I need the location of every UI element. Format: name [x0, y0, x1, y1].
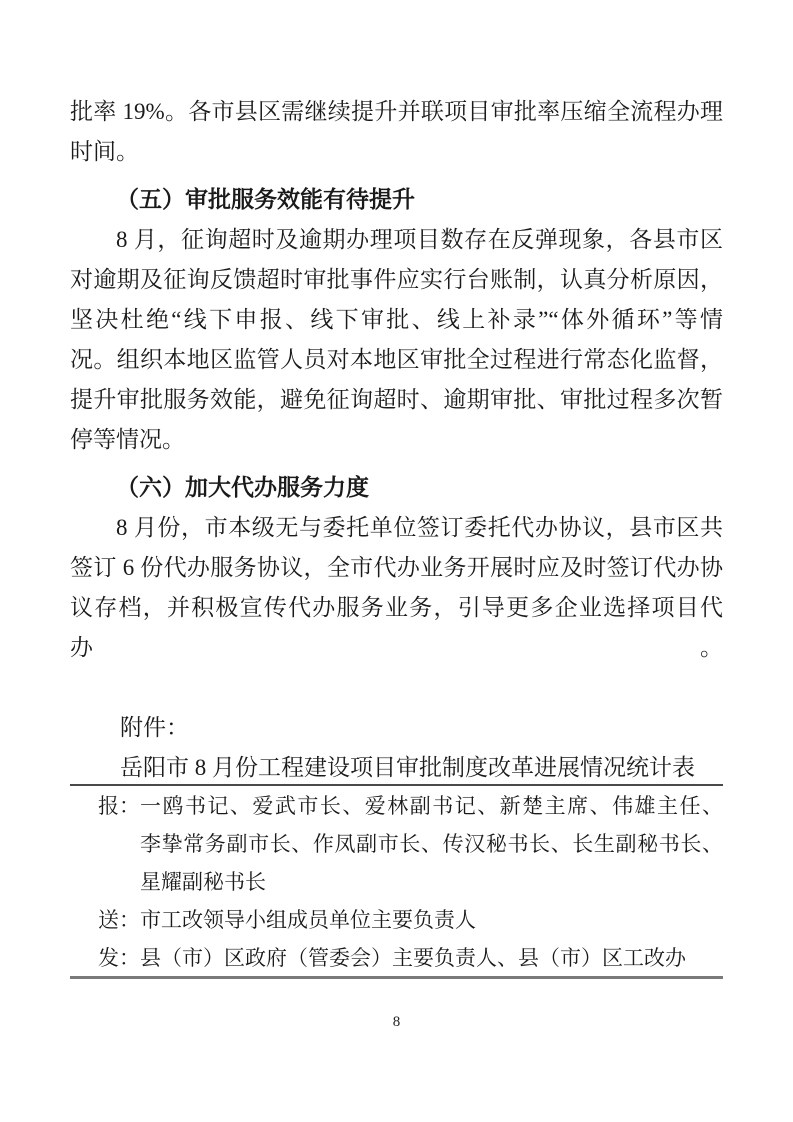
distribution-row-send: 送： 市工改领导小组成员单位主要负责人 — [70, 901, 723, 939]
body-line: 8 月份，市本级无与委托单位签订委托代办协议，县市区共 — [70, 508, 723, 548]
report-to-label: 报： — [98, 787, 140, 901]
send-to-list: 市工改领导小组成员单位主要负责人 — [140, 901, 723, 939]
report-to-list: 一鸥书记、爱武市长、爱林副书记、新楚主席、伟雄主任、 李挚常务副市长、作凤副市长… — [140, 787, 723, 901]
send-to-label: 送： — [98, 901, 140, 939]
report-to-line: 星耀副秘书长 — [140, 863, 723, 901]
body-line: 坚决杜绝“线下申报、线下审批、线上补录”“体外循环”等情 — [70, 300, 723, 340]
attachment-block: 附件： 岳阳市 8 月份工程建设项目审批制度改革进展情况统计表 — [70, 708, 723, 788]
body-line: 对逾期及征询反馈超时审批事件应实行台账制，认真分析原因， — [70, 260, 723, 300]
attachment-label: 附件： — [70, 708, 723, 748]
issue-to-list: 县（市）区政府（管委会）主要负责人、县（市）区工改办 — [140, 939, 723, 977]
body-line: 停等情况。 — [70, 420, 723, 460]
report-to-line: 一鸥书记、爱武市长、爱林副书记、新楚主席、伟雄主任、 — [140, 787, 723, 825]
section-6-heading: （六）加大代办服务力度 — [70, 468, 723, 508]
document-body: 批率 19%。各市县区需继续提升并联项目审批率压缩全流程办理 时间。 （五）审批… — [70, 92, 723, 788]
attachment-title: 岳阳市 8 月份工程建设项目审批制度改革进展情况统计表 — [70, 748, 723, 788]
body-line: 议存档，并积极宣传代办服务业务，引导更多企业选择项目代办。 — [70, 588, 723, 668]
separator-line-bottom — [70, 976, 723, 979]
separator-line-top — [70, 784, 723, 786]
body-line: 8 月，征询超时及逾期办理项目数存在反弹现象，各县市区 — [70, 220, 723, 260]
body-line: 时间。 — [70, 132, 723, 172]
page-number: 8 — [0, 1014, 793, 1031]
issue-to-label: 发： — [98, 939, 140, 977]
document-page: 批率 19%。各市县区需继续提升并联项目审批率压缩全流程办理 时间。 （五）审批… — [0, 0, 793, 1122]
report-to-line: 李挚常务副市长、作凤副市长、传汉秘书长、长生副秘书长、 — [140, 825, 723, 863]
section-5-heading: （五）审批服务效能有待提升 — [70, 180, 723, 220]
body-line: 况。组织本地区监管人员对本地区审批全过程进行常态化监督， — [70, 340, 723, 380]
distribution-row-issue: 发： 县（市）区政府（管委会）主要负责人、县（市）区工改办 — [70, 939, 723, 977]
body-line: 签订 6 份代办服务协议，全市代办业务开展时应及时签订代办协 — [70, 548, 723, 588]
body-line: 提升审批服务效能，避免征询超时、逾期审批、审批过程多次暂 — [70, 380, 723, 420]
body-line: 批率 19%。各市县区需继续提升并联项目审批率压缩全流程办理 — [70, 92, 723, 132]
distribution-row-report: 报： 一鸥书记、爱武市长、爱林副书记、新楚主席、伟雄主任、 李挚常务副市长、作凤… — [70, 787, 723, 901]
distribution-block: 报： 一鸥书记、爱武市长、爱林副书记、新楚主席、伟雄主任、 李挚常务副市长、作凤… — [70, 787, 723, 977]
